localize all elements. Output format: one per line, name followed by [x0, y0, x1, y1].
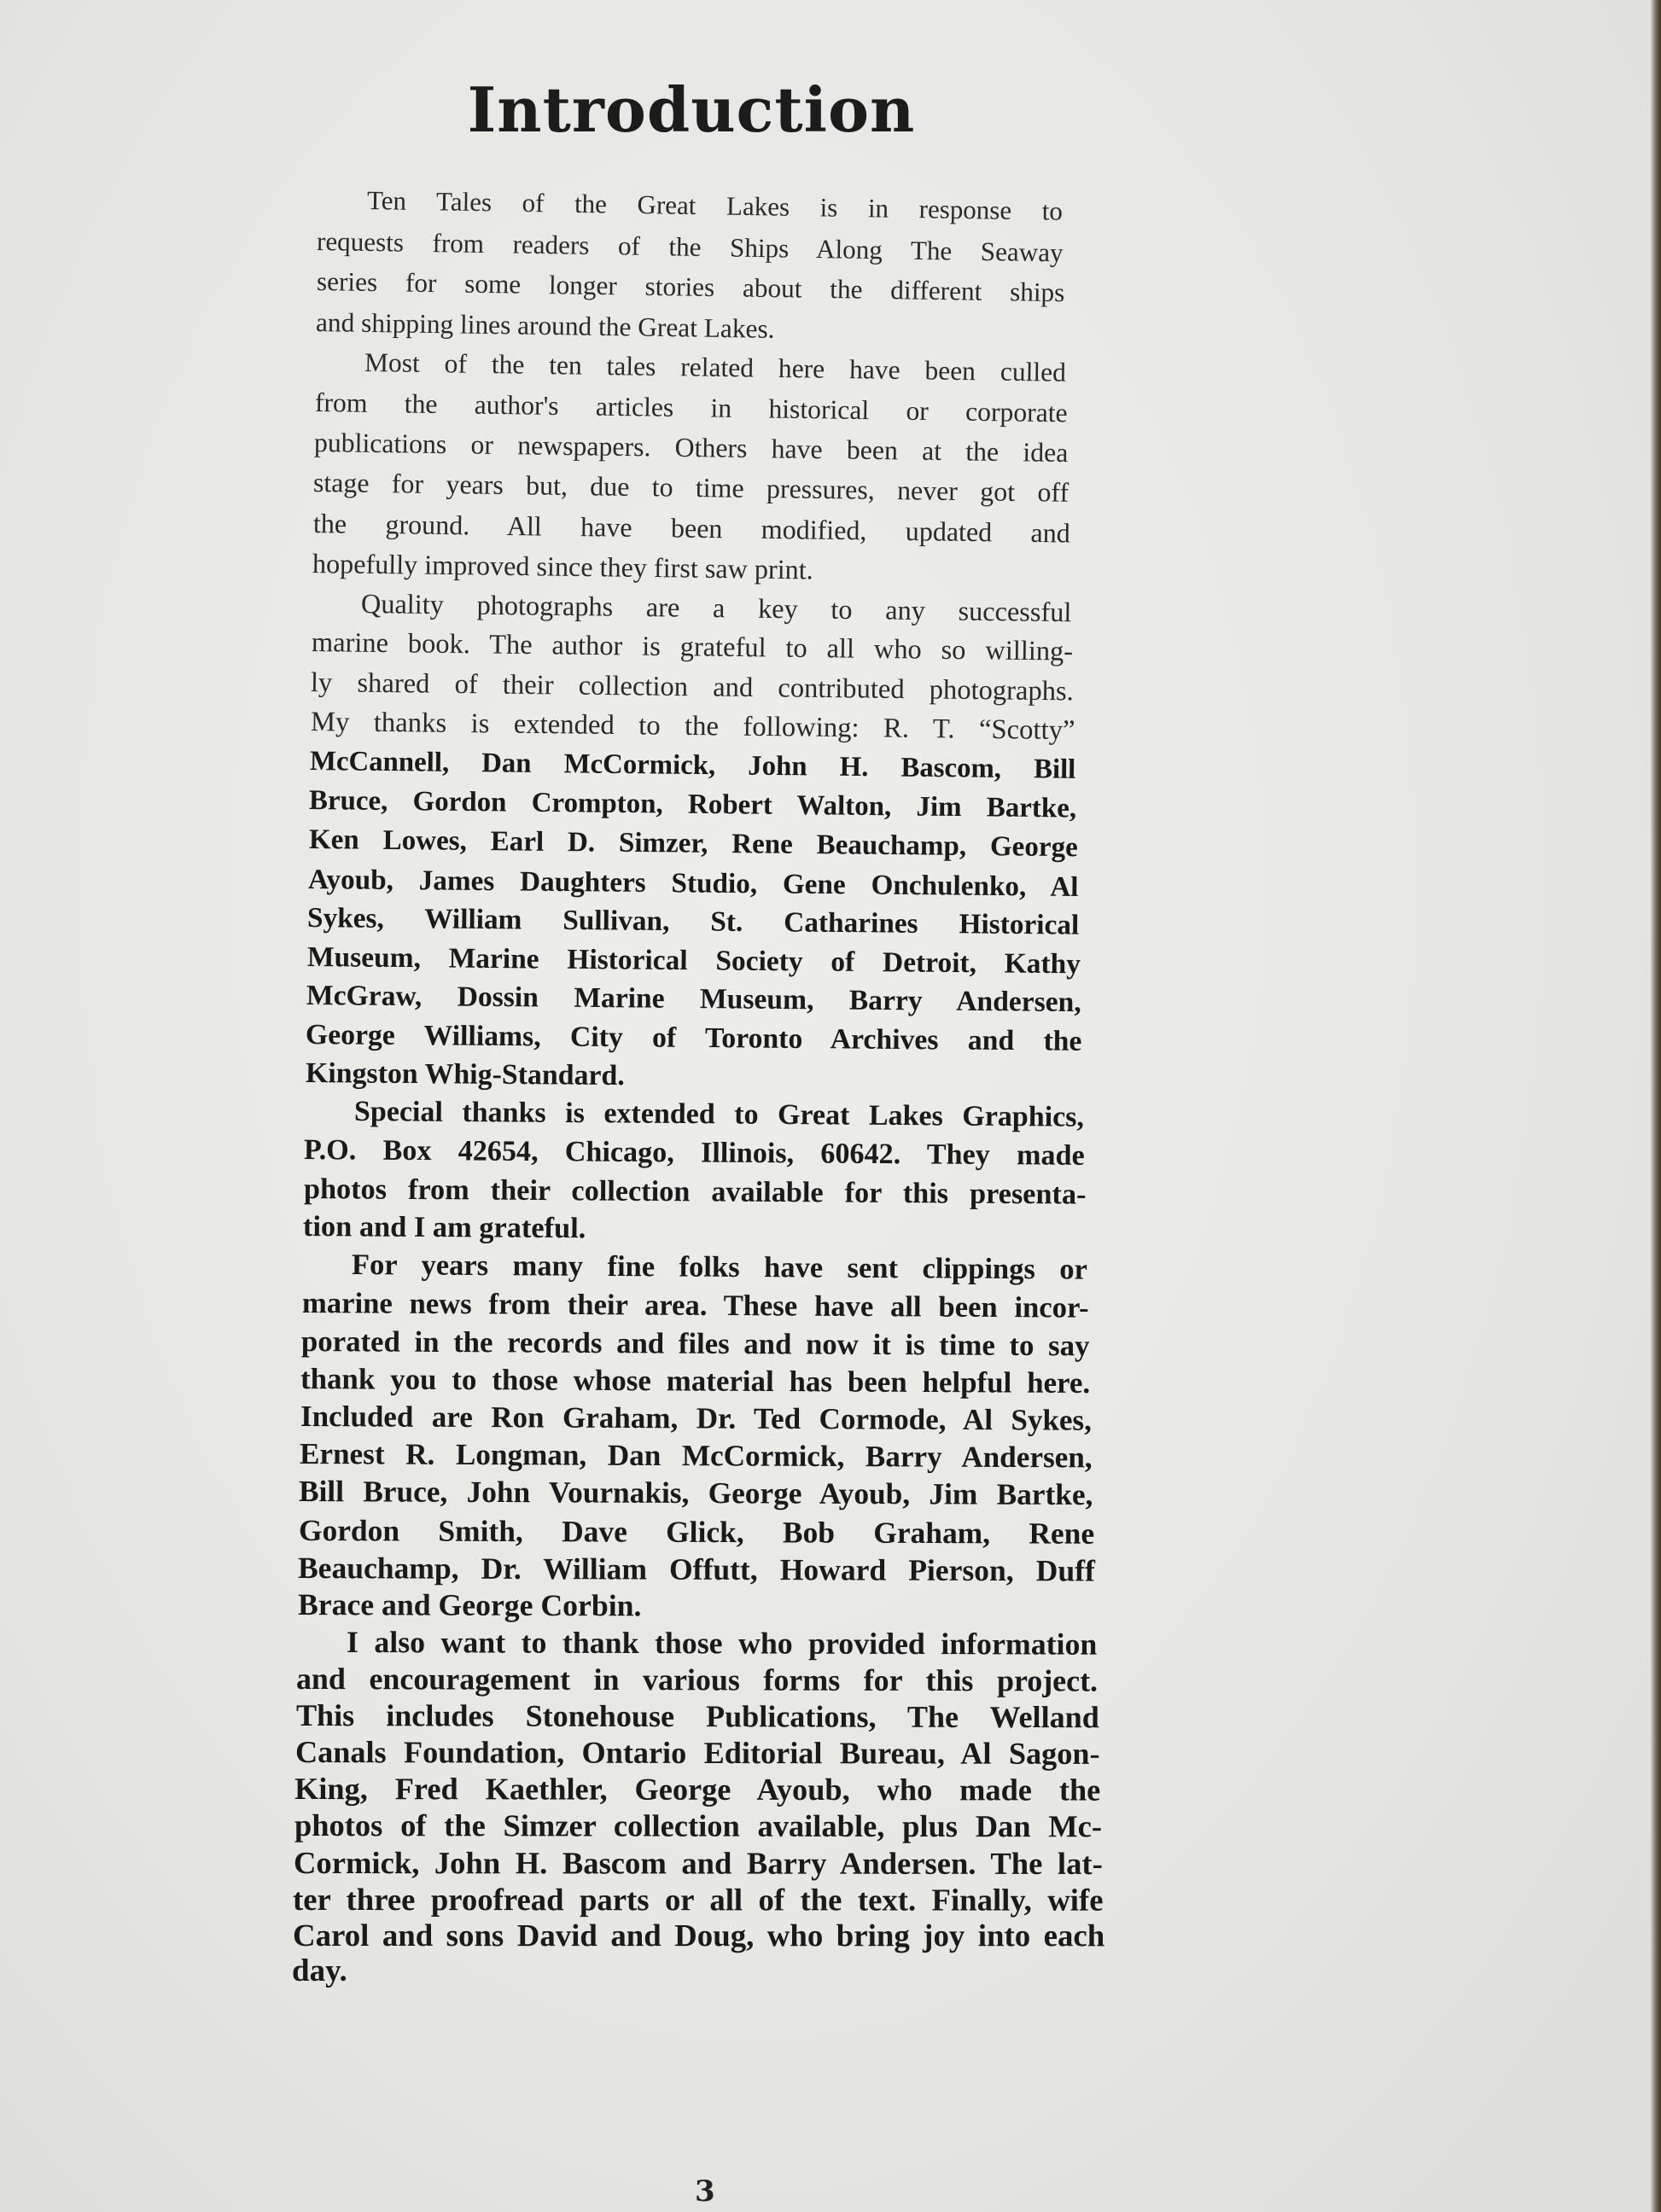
- book-page: Introduction Ten Tales of the Great Lake…: [0, 0, 1661, 2212]
- text-line: photos from their collection available f…: [304, 1173, 1087, 1212]
- text-line: and shipping lines around the Great Lake…: [316, 307, 1066, 349]
- text-line: day.: [292, 1953, 1105, 1989]
- text-line: George Williams, City of Toronto Archive…: [306, 1019, 1082, 1058]
- text-line: Ten Tales of the Great Lakes is in respo…: [367, 185, 1063, 227]
- text-line: Canals Foundation, Ontario Editorial Bur…: [295, 1734, 1100, 1772]
- text-line: series for some longer stories about the…: [316, 266, 1064, 308]
- text-line: photos of the Simzer collection availabl…: [294, 1807, 1102, 1844]
- text-line: hopefully improved since they first saw …: [312, 548, 1071, 589]
- text-line: Special thanks is extended to Great Lake…: [354, 1096, 1084, 1134]
- text-line: Ernest R. Longman, Dan McCormick, Barry …: [300, 1437, 1093, 1475]
- text-line: For years many fine folks have sent clip…: [352, 1249, 1087, 1287]
- text-line: I also want to thank those who provided …: [347, 1624, 1097, 1662]
- text-line: Brace and George Corbin.: [297, 1586, 1096, 1625]
- text-line: publications or newspapers. Others have …: [314, 428, 1069, 469]
- text-line: marine book. The author is grateful to a…: [312, 627, 1074, 668]
- text-line: Bruce, Gordon Crompton, Robert Walton, J…: [309, 785, 1076, 825]
- text-line: Beauchamp, Dr. William Offutt, Howard Pi…: [298, 1550, 1095, 1589]
- text-line: stage for years but, due to time pressur…: [313, 468, 1069, 509]
- text-line: Museum, Marine Historical Society of Det…: [306, 941, 1080, 981]
- text-line: ly shared of their collection and contri…: [311, 667, 1074, 707]
- text-line: from the author's articles in historical…: [314, 387, 1067, 428]
- text-line: the ground. All have been modified, upda…: [313, 508, 1070, 550]
- page-title: Introduction: [0, 73, 1383, 146]
- text-line: marine news from their area. These have …: [302, 1287, 1089, 1325]
- text-line: Carol and sons David and Doug, who bring…: [293, 1917, 1104, 1953]
- page-edge: [1651, 0, 1661, 2212]
- text-line: thank you to those whose material has be…: [300, 1362, 1090, 1400]
- text-line: Included are Ron Graham, Dr. Ted Cormode…: [300, 1400, 1092, 1438]
- text-line: King, Fred Kaethler, George Ayoub, who m…: [294, 1771, 1100, 1808]
- text-line: Ayoub, James Daughters Studio, Gene Onch…: [308, 864, 1079, 904]
- text-line: and encouragement in various forms for t…: [296, 1661, 1098, 1699]
- text-line: requests from readers of the Ships Along…: [317, 226, 1064, 268]
- text-line: McGraw, Dossin Marine Museum, Barry Ande…: [306, 980, 1081, 1019]
- page-number: 3: [695, 2174, 715, 2209]
- text-line: porated in the records and files and now…: [301, 1324, 1090, 1363]
- text-line: Most of the ten tales related here have …: [364, 347, 1066, 388]
- text-line: ter three proofread parts or all of the …: [293, 1881, 1104, 1918]
- text-line: Cormick, John H. Bascom and Barry Anders…: [294, 1844, 1103, 1882]
- text-line: tion and I am grateful.: [303, 1210, 1087, 1249]
- text-line: McCannell, Dan McCormick, John H. Bascom…: [310, 746, 1076, 786]
- text-line: Bill Bruce, John Vournakis, George Ayoub…: [299, 1475, 1093, 1512]
- text-line: Quality photographs are a key to any suc…: [361, 588, 1072, 628]
- text-line: Kingston Whig-Standard.: [305, 1057, 1083, 1096]
- text-line: My thanks is extended to the following: …: [310, 707, 1075, 747]
- text-line: Sykes, William Sullivan, St. Catharines …: [307, 902, 1080, 942]
- text-line: P.O. Box 42654, Chicago, Illinois, 60642…: [304, 1134, 1085, 1173]
- text-line: Gordon Smith, Dave Glick, Bob Graham, Re…: [299, 1512, 1094, 1551]
- text-line: Ken Lowes, Earl D. Simzer, Rene Beaucham…: [308, 824, 1077, 864]
- text-line: This includes Stonehouse Publications, T…: [296, 1697, 1099, 1735]
